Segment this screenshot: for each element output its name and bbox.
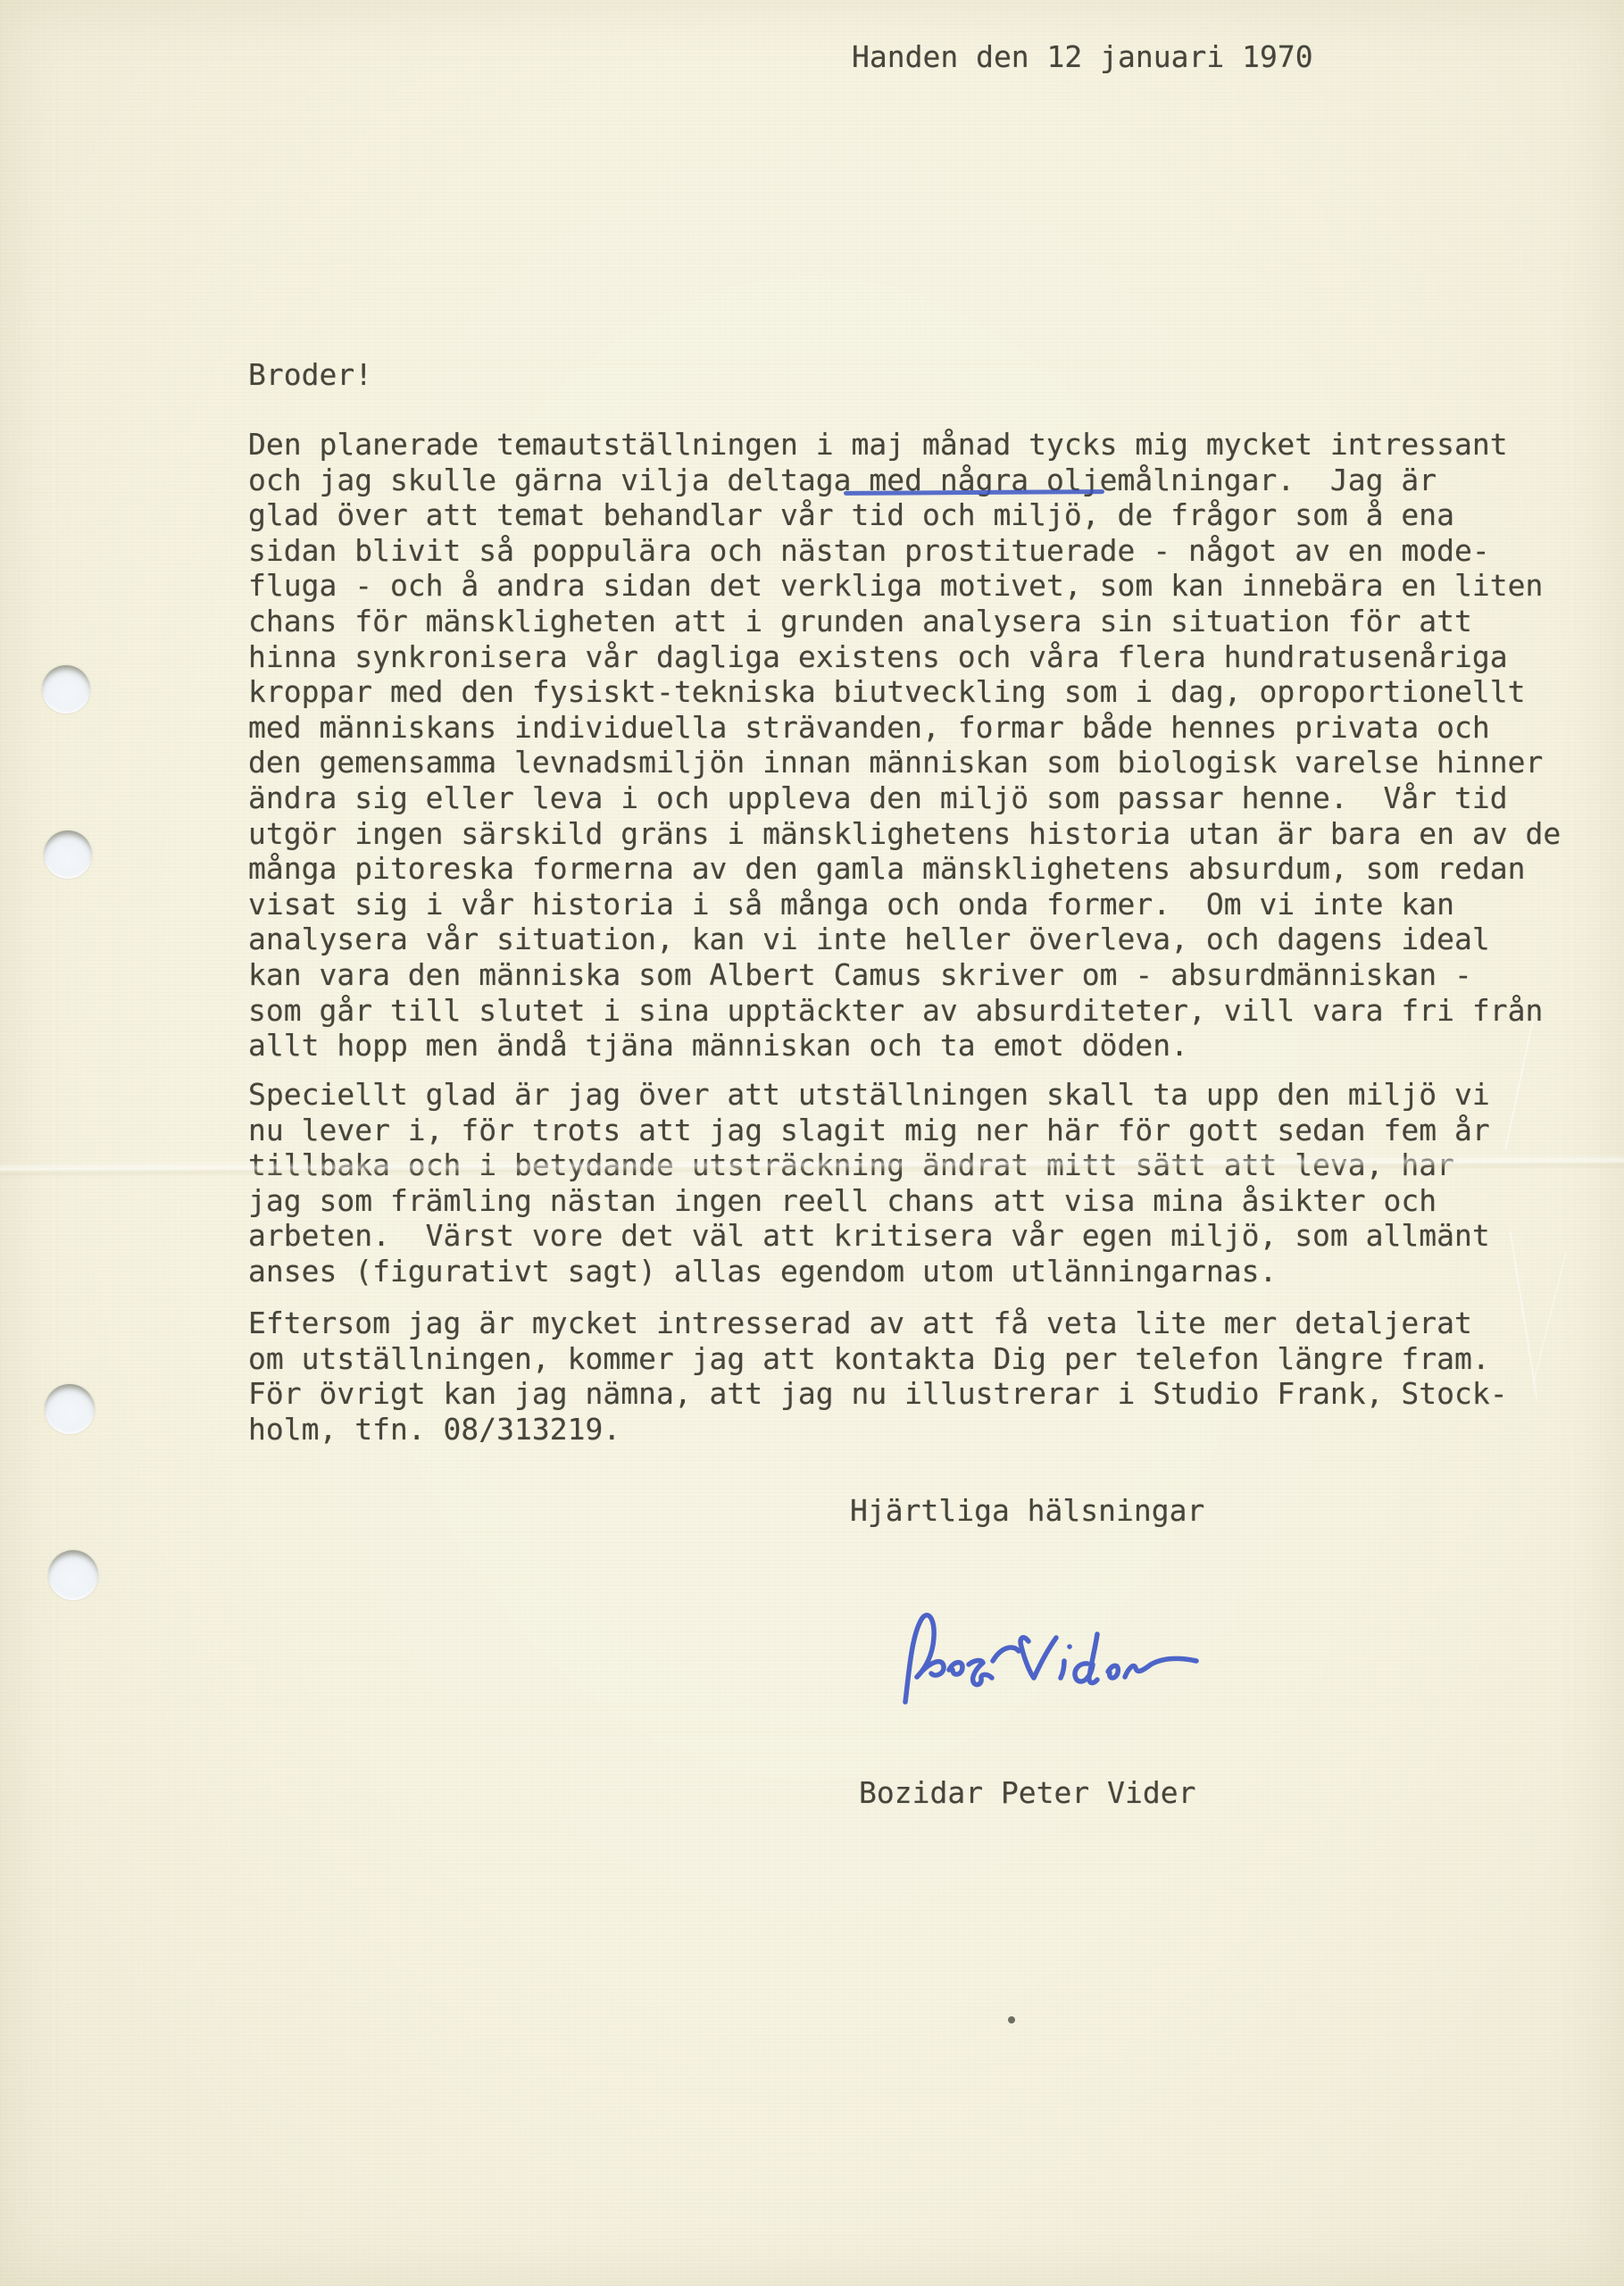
punch-hole bbox=[44, 830, 92, 879]
punch-hole bbox=[48, 1550, 98, 1600]
letter-page: Handen den 12 januari 1970 Broder! Den p… bbox=[0, 0, 1624, 2286]
salutation: Broder! bbox=[248, 357, 372, 393]
typed-name: Bozidar Peter Vider bbox=[859, 1775, 1196, 1811]
date-line: Handen den 12 januari 1970 bbox=[852, 39, 1313, 75]
crease-scratch bbox=[1533, 1252, 1567, 1382]
handwritten-signature bbox=[893, 1607, 1205, 1719]
ink-dot bbox=[1008, 2016, 1015, 2023]
paragraph-3: Eftersom jag är mycket intresserad av at… bbox=[248, 1306, 1508, 1447]
closing-line: Hjärtliga hälsningar bbox=[850, 1493, 1204, 1529]
signature-ink-path bbox=[905, 1615, 1196, 1702]
punch-hole bbox=[45, 1384, 95, 1434]
paragraph-1: Den planerade temautställningen i maj må… bbox=[248, 427, 1561, 1064]
punch-hole bbox=[42, 665, 90, 713]
paragraph-2: Speciellt glad är jag över att utställni… bbox=[248, 1077, 1490, 1289]
